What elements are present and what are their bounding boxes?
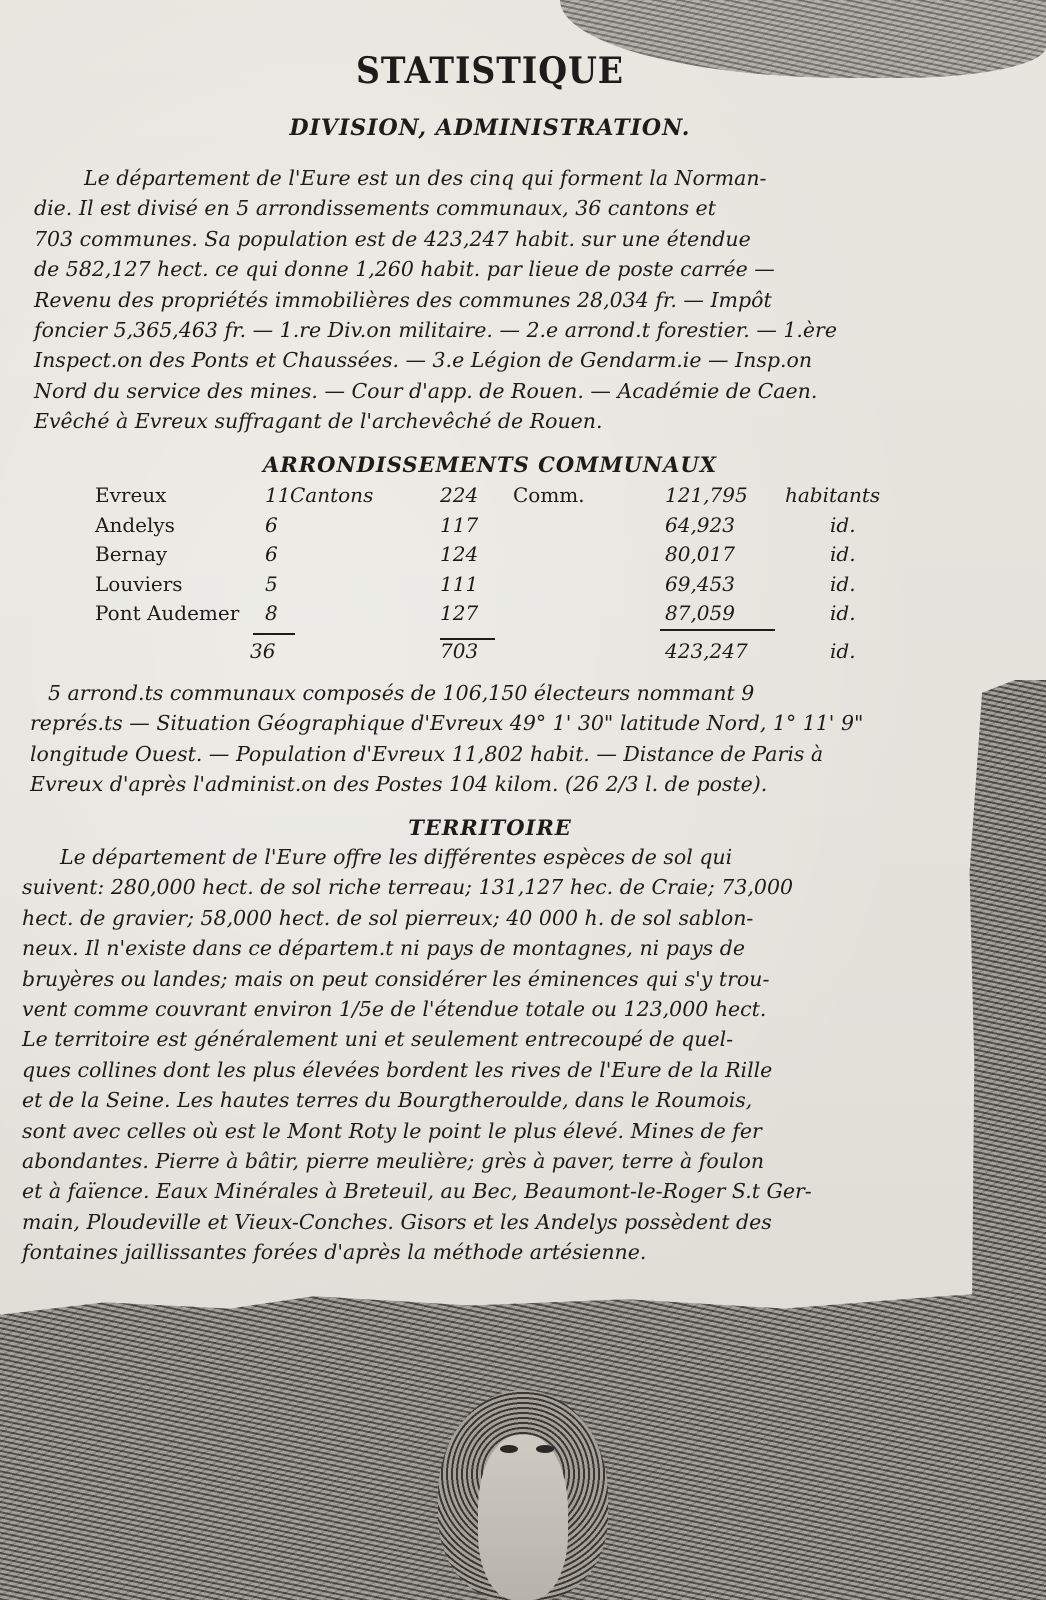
situation-paragraph: 5 arrond.ts communaux composés de 106,15… <box>30 678 930 800</box>
arrondissements-table: Evreux 11 Cantons 224 Comm. 121,795 habi… <box>95 483 935 668</box>
arrondissement-name: Evreux <box>95 483 166 507</box>
text-line: représ.ts — Situation Géographique d'Evr… <box>30 708 930 738</box>
text-line: bruyères ou landes; mais on peut considé… <box>22 964 922 994</box>
section-heading-arrondissements: ARRONDISSEMENTS COMMUNAUX <box>0 452 980 477</box>
text-line: abondantes. Pierre à bâtir, pierre meuli… <box>22 1146 922 1176</box>
portrait-eye-right <box>536 1445 554 1453</box>
table-totals-row: 36 703 423,247 id. <box>95 639 935 669</box>
text-line: 703 communes. Sa population est de 423,2… <box>34 224 934 254</box>
population-total-rule <box>660 629 775 631</box>
portrait-face <box>478 1435 568 1600</box>
cantons-count: 5 <box>265 572 278 596</box>
portrait-engraving <box>438 1390 608 1600</box>
communes-count: 124 <box>440 542 478 566</box>
communes-label: Comm. <box>513 483 585 507</box>
territoire-paragraph: Le département de l'Eure offre les diffé… <box>22 842 922 1268</box>
text-line: Nord du service des mines. — Cour d'app.… <box>34 376 934 406</box>
text-line: suivent: 280,000 hect. de sol riche terr… <box>22 872 922 902</box>
cantons-count: 6 <box>265 513 278 537</box>
population-count: 121,795 <box>665 483 748 507</box>
text-line: 5 arrond.ts communaux composés de 106,15… <box>30 678 930 708</box>
idem-label: id. <box>830 572 856 596</box>
table-row: Evreux 11 Cantons 224 Comm. 121,795 habi… <box>95 483 935 513</box>
text-line: longitude Ouest. — Population d'Evreux 1… <box>30 739 930 769</box>
division-paragraph: Le département de l'Eure est un des cinq… <box>34 163 934 437</box>
text-line: de 582,127 hect. ce qui donne 1,260 habi… <box>34 254 934 284</box>
communes-count: 111 <box>440 572 478 596</box>
arrondissement-name: Pont Audemer <box>95 601 239 625</box>
text-line: Evreux d'après l'administ.on des Postes … <box>30 769 930 799</box>
text-line: hect. de gravier; 58,000 hect. de sol pi… <box>22 903 922 933</box>
population-count: 64,923 <box>665 513 735 537</box>
text-line: ques collines dont les plus élevées bord… <box>22 1055 922 1085</box>
idem-label: id. <box>830 542 856 566</box>
text-line: foncier 5,365,463 fr. — 1.re Div.on mili… <box>34 315 934 345</box>
cantons-total: 36 <box>250 639 275 663</box>
communes-count: 127 <box>440 601 478 625</box>
text-line: vent comme couvrant environ 1/5e de l'ét… <box>22 994 922 1024</box>
population-count: 87,059 <box>665 601 735 625</box>
section-heading-territoire: TERRITOIRE <box>0 815 980 840</box>
text-line: sont avec celles où est le Mont Roty le … <box>22 1116 922 1146</box>
text-line: Inspect.on des Ponts et Chaussées. — 3.e… <box>34 345 934 375</box>
table-row: Andelys 6 117 64,923 id. <box>95 513 935 543</box>
idem-label: id. <box>830 601 856 625</box>
arrondissement-name: Bernay <box>95 542 167 566</box>
side-foliage-engraving <box>968 680 1046 1320</box>
text-line: fontaines jaillissantes forées d'après l… <box>22 1237 922 1267</box>
arrondissement-name: Andelys <box>95 513 175 537</box>
cantons-label: Cantons <box>290 483 373 507</box>
page-title: STATISTIQUE <box>39 50 941 92</box>
table-row: Pont Audemer 8 127 87,059 id. <box>95 601 935 631</box>
text-line: Evêché à Evreux suffragant de l'archevêc… <box>34 406 934 436</box>
idem-label: id. <box>830 513 856 537</box>
table-row: Louviers 5 111 69,453 id. <box>95 572 935 602</box>
cantons-count: 11 <box>265 483 290 507</box>
section-heading-division: DIVISION, ADMINISTRATION. <box>0 115 980 141</box>
communes-total: 703 <box>440 639 478 663</box>
cantons-count: 6 <box>265 542 278 566</box>
text-line: et de la Seine. Les hautes terres du Bou… <box>22 1085 922 1115</box>
text-line: die. Il est divisé en 5 arrondissements … <box>34 193 934 223</box>
text-line: main, Ploudeville et Vieux-Conches. Giso… <box>22 1207 922 1237</box>
cantons-count: 8 <box>265 601 278 625</box>
population-label: habitants <box>785 483 880 507</box>
population-count: 69,453 <box>665 572 735 596</box>
cantons-total-rule <box>253 633 295 635</box>
arrondissement-name: Louviers <box>95 572 183 596</box>
portrait-eye-left <box>500 1445 518 1453</box>
text-line: Revenu des propriétés immobilières des c… <box>34 285 934 315</box>
communes-count: 117 <box>440 513 478 537</box>
communes-count: 224 <box>440 483 478 507</box>
text-line: et à faïence. Eaux Minérales à Breteuil,… <box>22 1176 922 1206</box>
table-row: Bernay 6 124 80,017 id. <box>95 542 935 572</box>
text-line: Le territoire est généralement uni et se… <box>22 1024 922 1054</box>
idem-label: id. <box>830 639 856 663</box>
text-line: Le département de l'Eure offre les diffé… <box>22 842 922 872</box>
text-line: Le département de l'Eure est un des cinq… <box>34 163 934 193</box>
population-total: 423,247 <box>665 639 748 663</box>
population-count: 80,017 <box>665 542 735 566</box>
text-line: neux. Il n'existe dans ce départem.t ni … <box>22 933 922 963</box>
